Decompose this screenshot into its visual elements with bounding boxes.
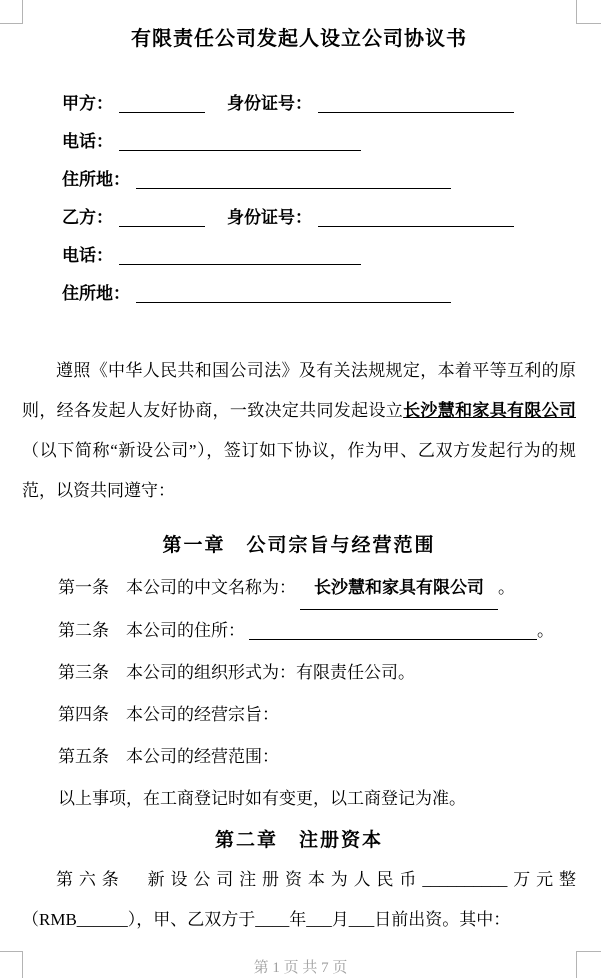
document-body: 有限责任公司发起人设立公司协议书 甲方：身份证号： 电话： 住所地： 乙方：身份… — [22, 23, 576, 940]
party-b-id-field[interactable] — [318, 206, 514, 227]
company-name-inline: 长沙慧和家具有限公司 — [403, 401, 576, 420]
chapter-1-heading: 第一章 公司宗旨与经营范围 — [22, 531, 576, 561]
party-block: 甲方：身份证号： 电话： 住所地： 乙方：身份证号： 电话： 住所地： — [22, 85, 576, 313]
party-a-address-label: 住所地： — [62, 170, 130, 189]
page-number-footer: 第 1 页 共 7 页 — [0, 956, 601, 978]
party-a-identity-row: 甲方：身份证号： — [22, 85, 576, 123]
registration-note-line: 以上事项，在工商登记时如有变更，以工商登记为准。 — [22, 778, 576, 820]
article-1-suffix: 。 — [498, 578, 515, 597]
article-2-prefix: 第二条 本公司的住所： — [58, 621, 245, 640]
preamble-text-after: （以下简称“新设公司”），签订如下协议，作为甲、乙双方发起行为的规范，以资共同遵… — [22, 441, 576, 500]
party-b-phone-label: 电话： — [62, 246, 113, 265]
party-a-phone-label: 电话： — [62, 132, 113, 151]
party-a-name-field[interactable] — [119, 92, 205, 113]
preamble-paragraph: 遵照《中华人民共和国公司法》及有关法规规定，本着平等互利的原则，经各发起人友好协… — [22, 351, 576, 511]
party-b-address-field[interactable] — [136, 282, 451, 303]
party-b-address-label: 住所地： — [62, 284, 130, 303]
article-4-line: 第四条 本公司的经营宗旨： — [22, 694, 576, 736]
article-5-line: 第五条 本公司的经营范围： — [22, 736, 576, 778]
party-b-name-field[interactable] — [119, 206, 205, 227]
document-page: { "document": { "title": "有限责任公司发起人设立公司协… — [0, 0, 601, 978]
party-b-address-row: 住所地： — [22, 275, 576, 313]
party-a-role-label: 甲方： — [62, 94, 113, 113]
party-a-id-label: 身份证号： — [227, 94, 312, 113]
party-b-id-label: 身份证号： — [227, 208, 312, 227]
article-1-prefix: 第一条 本公司的中文名称为： — [58, 578, 296, 597]
company-name-field[interactable]: 长沙慧和家具有限公司 — [300, 567, 498, 610]
document-title: 有限责任公司发起人设立公司协议书 — [22, 25, 576, 53]
party-a-phone-row: 电话： — [22, 123, 576, 161]
party-b-phone-field[interactable] — [119, 244, 361, 265]
article-2-line: 第二条 本公司的住所：。 — [22, 610, 576, 652]
text-boundary-mark-top-left — [0, 0, 23, 24]
chapter-2-heading: 第二章 注册资本 — [22, 826, 576, 856]
article-2-suffix: 。 — [537, 621, 554, 640]
party-b-identity-row: 乙方：身份证号： — [22, 199, 576, 237]
article-3-line: 第三条 本公司的组织形式为：有限责任公司。 — [22, 652, 576, 694]
party-a-address-row: 住所地： — [22, 161, 576, 199]
text-boundary-mark-top-right — [576, 0, 601, 24]
company-address-field[interactable] — [249, 619, 537, 640]
party-a-id-field[interactable] — [318, 92, 514, 113]
chapter-1-articles: 第一条 本公司的中文名称为：长沙慧和家具有限公司。 第二条 本公司的住所：。 第… — [22, 567, 576, 820]
party-a-phone-field[interactable] — [119, 130, 361, 151]
party-b-phone-row: 电话： — [22, 237, 576, 275]
article-1-line: 第一条 本公司的中文名称为：长沙慧和家具有限公司。 — [22, 567, 576, 610]
party-a-address-field[interactable] — [136, 168, 451, 189]
article-6-paragraph: 第六条 新设公司注册资本为人民币__________万元整（RMB______）… — [22, 860, 576, 940]
party-b-role-label: 乙方： — [62, 208, 113, 227]
